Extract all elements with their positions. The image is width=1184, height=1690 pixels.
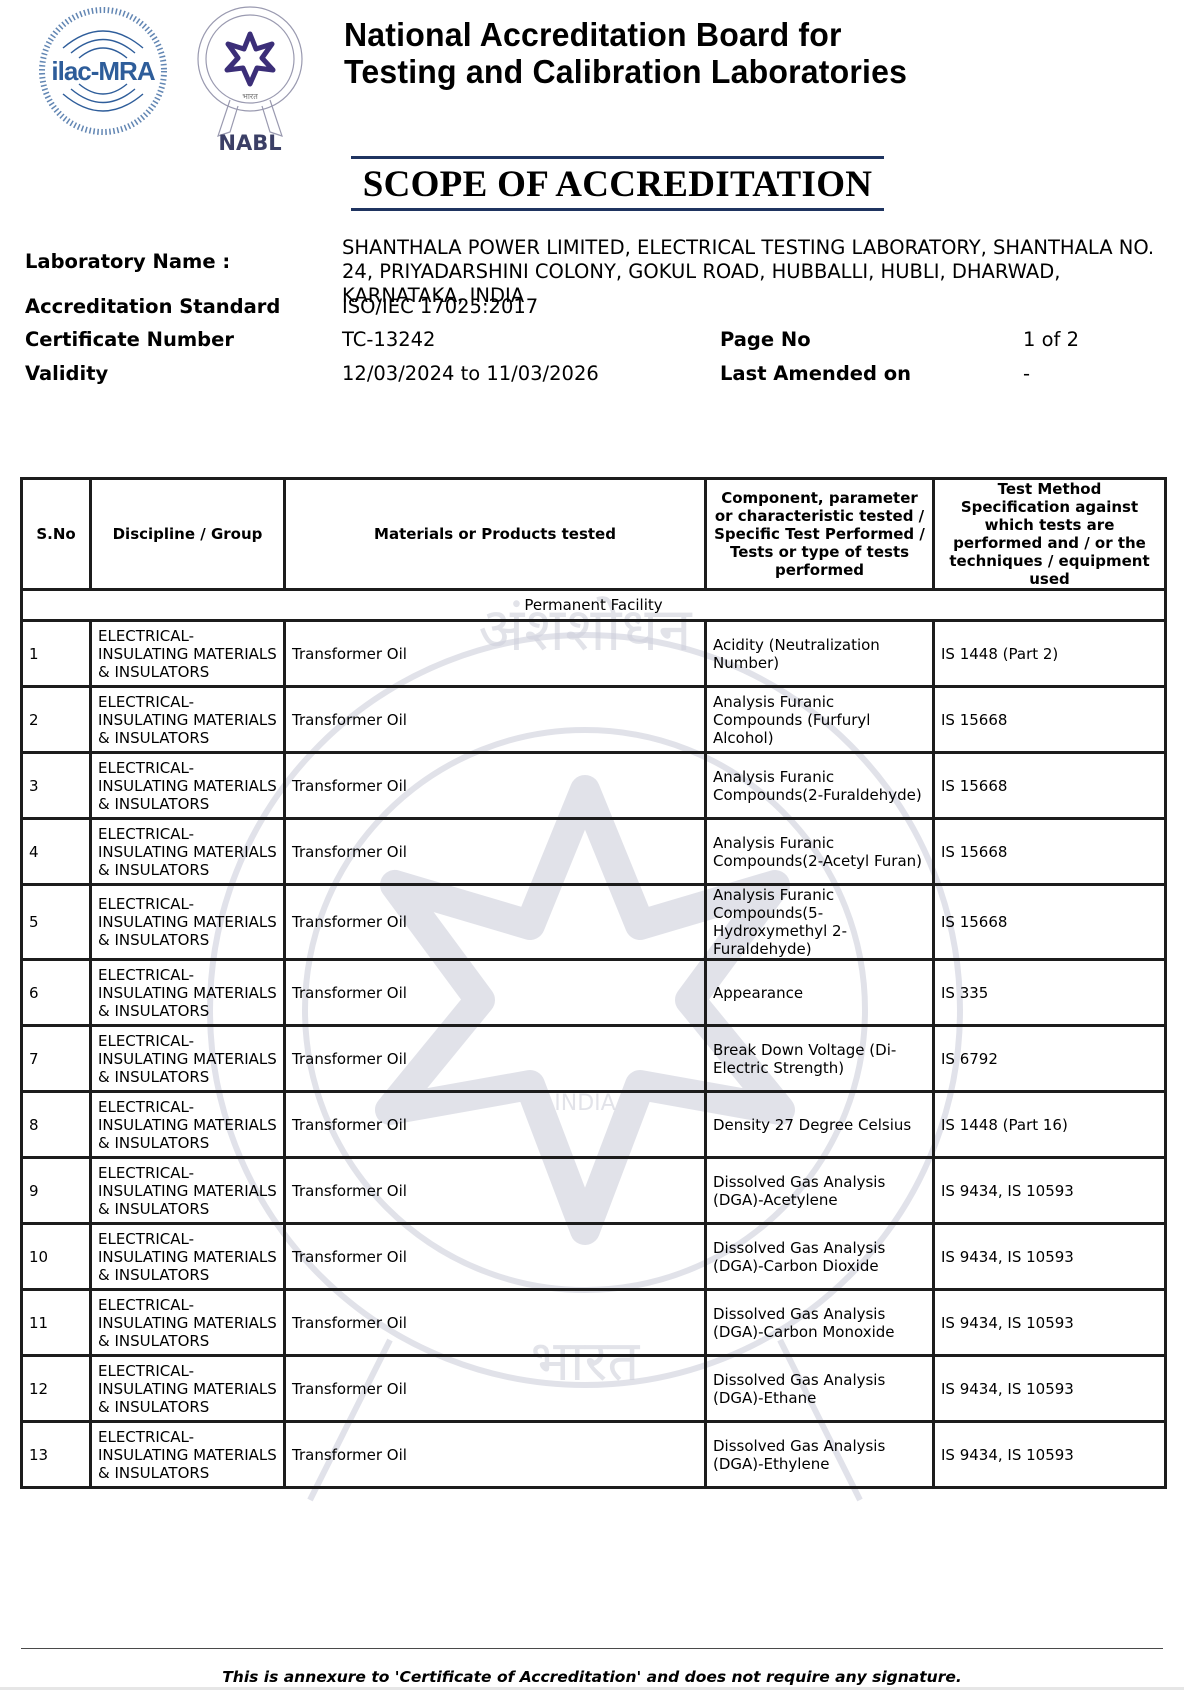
- table-row: 3ELECTRICAL- INSULATING MATERIALS & INSU…: [22, 753, 1166, 819]
- cell-method: IS 15668: [934, 687, 1166, 753]
- table-row: 10ELECTRICAL- INSULATING MATERIALS & INS…: [22, 1224, 1166, 1290]
- cell-parameter: Dissolved Gas Analysis (DGA)-Ethane: [706, 1356, 934, 1422]
- table-row: 1ELECTRICAL- INSULATING MATERIALS & INSU…: [22, 621, 1166, 687]
- cell-discipline: ELECTRICAL- INSULATING MATERIALS & INSUL…: [91, 885, 285, 960]
- section-label: Permanent Facility: [22, 590, 1166, 621]
- cell-method: IS 9434, IS 10593: [934, 1158, 1166, 1224]
- cell-parameter: Dissolved Gas Analysis (DGA)-Carbon Mono…: [706, 1290, 934, 1356]
- cell-method: IS 335: [934, 960, 1166, 1026]
- cell-sno: 10: [22, 1224, 91, 1290]
- cell-discipline: ELECTRICAL- INSULATING MATERIALS & INSUL…: [91, 1092, 285, 1158]
- validity-value: 12/03/2024 to 11/03/2026: [342, 362, 599, 386]
- cell-discipline: ELECTRICAL- INSULATING MATERIALS & INSUL…: [91, 1290, 285, 1356]
- cell-material: Transformer Oil: [285, 1290, 706, 1356]
- cell-material: Transformer Oil: [285, 1224, 706, 1290]
- cell-method: IS 1448 (Part 16): [934, 1092, 1166, 1158]
- cell-parameter: Dissolved Gas Analysis (DGA)-Ethylene: [706, 1422, 934, 1488]
- cell-material: Transformer Oil: [285, 1092, 706, 1158]
- header-materials: Materials or Products tested: [285, 479, 706, 590]
- cell-discipline: ELECTRICAL- INSULATING MATERIALS & INSUL…: [91, 1224, 285, 1290]
- cell-material: Transformer Oil: [285, 960, 706, 1026]
- table-row: 8ELECTRICAL- INSULATING MATERIALS & INSU…: [22, 1092, 1166, 1158]
- table-row: 7ELECTRICAL- INSULATING MATERIALS & INSU…: [22, 1026, 1166, 1092]
- header-test-method: Test Method Specification against which …: [934, 479, 1166, 590]
- certificate-number-value: TC-13242: [342, 328, 435, 352]
- cell-parameter: Appearance: [706, 960, 934, 1026]
- accreditation-standard-label: Accreditation Standard: [25, 295, 280, 319]
- cell-discipline: ELECTRICAL- INSULATING MATERIALS & INSUL…: [91, 1026, 285, 1092]
- table-row: 13ELECTRICAL- INSULATING MATERIALS & INS…: [22, 1422, 1166, 1488]
- table-header-row: S.No Discipline / Group Materials or Pro…: [22, 479, 1166, 590]
- cell-sno: 5: [22, 885, 91, 960]
- cell-material: Transformer Oil: [285, 885, 706, 960]
- cell-parameter: Analysis Furanic Compounds(2-Acetyl Fura…: [706, 819, 934, 885]
- last-amended-value: -: [1023, 362, 1030, 386]
- cell-method: IS 9434, IS 10593: [934, 1422, 1166, 1488]
- cell-sno: 8: [22, 1092, 91, 1158]
- cell-discipline: ELECTRICAL- INSULATING MATERIALS & INSUL…: [91, 819, 285, 885]
- cell-sno: 13: [22, 1422, 91, 1488]
- nabl-logo: भारत NABL: [194, 4, 310, 154]
- svg-text:भारत: भारत: [242, 92, 258, 101]
- cell-method: IS 1448 (Part 2): [934, 621, 1166, 687]
- ilac-mra-logo: ilac-MRA: [38, 6, 168, 136]
- cell-method: IS 15668: [934, 885, 1166, 960]
- scope-table: S.No Discipline / Group Materials or Pro…: [20, 477, 1167, 1489]
- svg-text:NABL: NABL: [218, 131, 281, 154]
- header-parameter: Component, parameter or characteristic t…: [706, 479, 934, 590]
- cell-discipline: ELECTRICAL- INSULATING MATERIALS & INSUL…: [91, 960, 285, 1026]
- document-title-banner: SCOPE OF ACCREDITATION: [351, 156, 884, 211]
- page-no-value: 1 of 2: [1023, 328, 1079, 352]
- document-title: SCOPE OF ACCREDITATION: [351, 166, 884, 204]
- board-title-line2: Testing and Calibration Laboratories: [344, 53, 907, 90]
- table-row: 4ELECTRICAL- INSULATING MATERIALS & INSU…: [22, 819, 1166, 885]
- table-row: 11ELECTRICAL- INSULATING MATERIALS & INS…: [22, 1290, 1166, 1356]
- section-row: Permanent Facility: [22, 590, 1166, 621]
- cell-discipline: ELECTRICAL- INSULATING MATERIALS & INSUL…: [91, 621, 285, 687]
- cell-discipline: ELECTRICAL- INSULATING MATERIALS & INSUL…: [91, 1356, 285, 1422]
- table-row: 2ELECTRICAL- INSULATING MATERIALS & INSU…: [22, 687, 1166, 753]
- cell-discipline: ELECTRICAL- INSULATING MATERIALS & INSUL…: [91, 1158, 285, 1224]
- cell-sno: 6: [22, 960, 91, 1026]
- page-no-label: Page No: [720, 328, 811, 352]
- cell-sno: 11: [22, 1290, 91, 1356]
- cell-discipline: ELECTRICAL- INSULATING MATERIALS & INSUL…: [91, 687, 285, 753]
- laboratory-name-label: Laboratory Name :: [25, 250, 230, 274]
- cell-parameter: Analysis Furanic Compounds(2-Furaldehyde…: [706, 753, 934, 819]
- cell-method: IS 9434, IS 10593: [934, 1290, 1166, 1356]
- cell-material: Transformer Oil: [285, 1422, 706, 1488]
- cell-material: Transformer Oil: [285, 753, 706, 819]
- cell-material: Transformer Oil: [285, 1158, 706, 1224]
- board-title-line1: National Accreditation Board for: [344, 16, 907, 53]
- cell-material: Transformer Oil: [285, 621, 706, 687]
- board-title: National Accreditation Board for Testing…: [344, 16, 907, 90]
- cell-method: IS 9434, IS 10593: [934, 1224, 1166, 1290]
- table-row: 5ELECTRICAL- INSULATING MATERIALS & INSU…: [22, 885, 1166, 960]
- table-row: 12ELECTRICAL- INSULATING MATERIALS & INS…: [22, 1356, 1166, 1422]
- cell-method: IS 15668: [934, 753, 1166, 819]
- cell-material: Transformer Oil: [285, 1026, 706, 1092]
- cell-sno: 7: [22, 1026, 91, 1092]
- cell-parameter: Analysis Furanic Compounds(5-Hydroxymeth…: [706, 885, 934, 960]
- cell-sno: 1: [22, 621, 91, 687]
- certificate-number-label: Certificate Number: [25, 328, 234, 352]
- cell-parameter: Dissolved Gas Analysis (DGA)-Carbon Diox…: [706, 1224, 934, 1290]
- accreditation-standard-value: ISO/IEC 17025:2017: [342, 295, 538, 319]
- cell-sno: 4: [22, 819, 91, 885]
- cell-sno: 12: [22, 1356, 91, 1422]
- last-amended-label: Last Amended on: [720, 362, 911, 386]
- cell-method: IS 6792: [934, 1026, 1166, 1092]
- cell-method: IS 15668: [934, 819, 1166, 885]
- cell-parameter: Analysis Furanic Compounds (Furfuryl Alc…: [706, 687, 934, 753]
- cell-method: IS 9434, IS 10593: [934, 1356, 1166, 1422]
- cell-sno: 3: [22, 753, 91, 819]
- cell-discipline: ELECTRICAL- INSULATING MATERIALS & INSUL…: [91, 1422, 285, 1488]
- cell-material: Transformer Oil: [285, 819, 706, 885]
- cell-parameter: Density 27 Degree Celsius: [706, 1092, 934, 1158]
- validity-label: Validity: [25, 362, 108, 386]
- footer-divider: [21, 1648, 1163, 1649]
- table-row: 6ELECTRICAL- INSULATING MATERIALS & INSU…: [22, 960, 1166, 1026]
- footer-note: This is annexure to 'Certificate of Accr…: [0, 1667, 1184, 1687]
- header-discipline: Discipline / Group: [91, 479, 285, 590]
- header-sno: S.No: [22, 479, 91, 590]
- cell-discipline: ELECTRICAL- INSULATING MATERIALS & INSUL…: [91, 753, 285, 819]
- cell-material: Transformer Oil: [285, 687, 706, 753]
- cell-parameter: Break Down Voltage (Di-Electric Strength…: [706, 1026, 934, 1092]
- svg-text:ilac-MRA: ilac-MRA: [51, 56, 155, 86]
- table-row: 9ELECTRICAL- INSULATING MATERIALS & INSU…: [22, 1158, 1166, 1224]
- cell-parameter: Acidity (Neutralization Number): [706, 621, 934, 687]
- cell-material: Transformer Oil: [285, 1356, 706, 1422]
- cell-sno: 2: [22, 687, 91, 753]
- cell-parameter: Dissolved Gas Analysis (DGA)-Acetylene: [706, 1158, 934, 1224]
- cell-sno: 9: [22, 1158, 91, 1224]
